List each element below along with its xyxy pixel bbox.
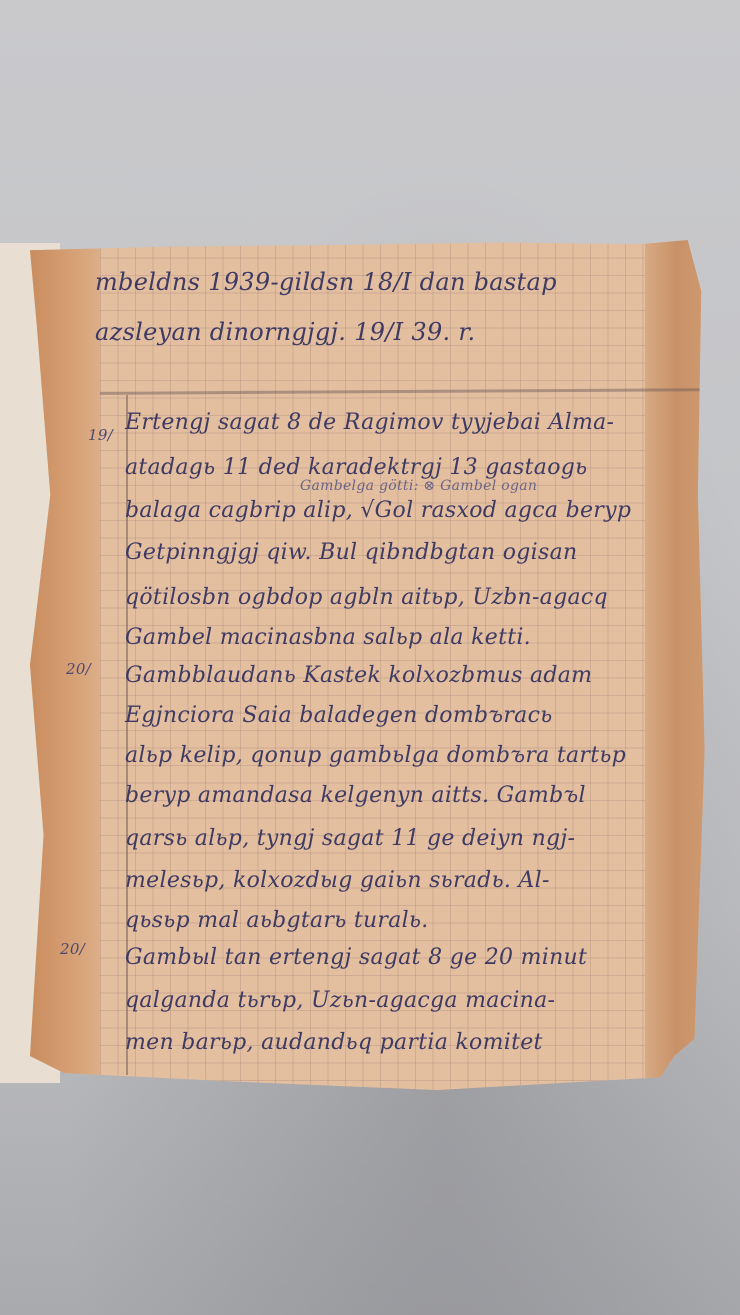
body-line: qalganda tьrьp, Uzьn-agacga macina-	[125, 988, 555, 1013]
body-line: qьsьp mal aьbgtarь turalь.	[125, 908, 429, 933]
body-line: Gambblaudanь Kastek kolxozbmus adam	[125, 663, 592, 688]
body-line: beryp amandasa kelgenyn aitts. Gambъl	[125, 783, 586, 808]
margin-date-3: 20/	[60, 940, 85, 958]
body-line: alьр kelip, qonup gambьlga dombъra tartь…	[125, 743, 626, 768]
body-line: Gambel macinasbna salьp ala ketti.	[125, 625, 531, 650]
header-line-2: azsleyan dinorngjgj. 19/I 39. r.	[95, 318, 475, 346]
body-line: Getpinngjgj qiw. Bul qibndbgtan ogisan	[125, 540, 577, 565]
body-line: qötilosbn ogbdop agbln aitьp, Uzbn-agacq	[125, 585, 608, 610]
body-line: Ertengj sagat 8 de Ragimov tyyjebai Alma…	[125, 410, 614, 435]
body-line: atadagь 11 ded karadektrgj 13 gastaogь	[125, 455, 587, 480]
interlinear-note: Gambelga götti: ⊗ Gambel ogan	[300, 478, 537, 494]
header-line-1: mbeldns 1939-gildsn 18/I dan bastap	[95, 268, 557, 296]
margin-date-2: 20/	[66, 660, 91, 678]
body-line: melesьp, kolxozdыg gaiьn sьradь. Al-	[125, 868, 550, 893]
body-line: balaga cagbrip alip, √Gol rasxod agca be…	[125, 498, 631, 523]
body-line: men barьp, audandьq partia komitet	[125, 1030, 543, 1055]
body-line: Gambыl tan ertengj sagat 8 ge 20 minut	[125, 945, 587, 970]
margin-date-1: 19/	[88, 426, 113, 444]
body-line: Egjnciora Saia baladegen dombъraсь	[125, 703, 552, 728]
right-water-stain	[645, 240, 708, 1090]
body-line: qarsь alьр, tyngj sagat 11 ge deiyn ngj-	[125, 826, 575, 851]
margin-line	[126, 395, 128, 1075]
document-page: mbeldns 1939-gildsn 18/I dan bastap azsl…	[30, 240, 708, 1090]
